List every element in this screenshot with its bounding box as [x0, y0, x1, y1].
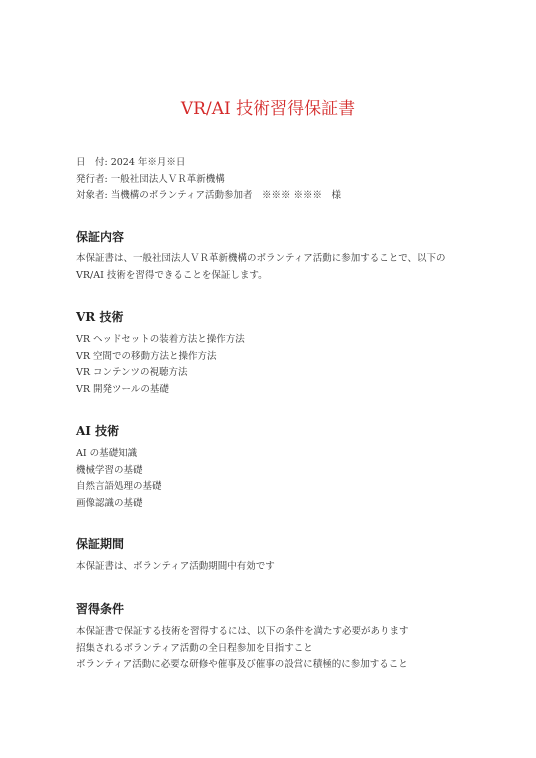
- section-list-ai-tech: AI の基礎知識 機械学習の基礎 自然言語処理の基礎 画像認識の基礎: [76, 446, 162, 512]
- section-heading-vr-tech: VR 技術: [76, 308, 123, 325]
- section-body-acquisition-conditions: 本保証書で保証する技術を習得するには、以下の条件を満たす必要があります 招集され…: [76, 624, 409, 674]
- list-item: ボランティア活動に必要な研修や催事及び催事の設営に積極的に参加すること: [76, 657, 409, 674]
- section-heading-acquisition-conditions: 習得条件: [76, 600, 124, 617]
- paragraph-line: 本保証書で保証する技術を習得するには、以下の条件を満たす必要があります: [76, 624, 409, 641]
- section-heading-validity-period: 保証期間: [76, 535, 124, 552]
- list-item: VR コンテンツの視聴方法: [76, 365, 245, 382]
- list-item: VR 開発ツールの基礎: [76, 382, 245, 399]
- list-item: AI の基礎知識: [76, 446, 162, 463]
- paragraph-line: VR/AI 技術を習得できることを保証します。: [76, 268, 446, 285]
- section-list-vr-tech: VR ヘッドセットの装着方法と操作方法 VR 空間での移動方法と操作方法 VR …: [76, 332, 245, 398]
- section-heading-guarantee-content: 保証内容: [76, 228, 124, 245]
- list-item: 招集されるボランティア活動の全日程参加を目指すこと: [76, 641, 409, 658]
- paragraph-line: 本保証書は、ボランティア活動期間中有効です: [76, 559, 275, 576]
- list-item: VR ヘッドセットの装着方法と操作方法: [76, 332, 245, 349]
- meta-issuer: 発行者: 一般社団法人ＶＲ革新機構: [76, 172, 341, 189]
- document-meta: 日 付: 2024 年※月※日 発行者: 一般社団法人ＶＲ革新機構 対象者: 当…: [76, 155, 341, 205]
- list-item: 画像認識の基礎: [76, 496, 162, 513]
- paragraph-line: 本保証書は、一般社団法人ＶＲ革新機構のボランティア活動に参加することで、以下の: [76, 251, 446, 268]
- meta-recipient: 対象者: 当機構のボランティア活動参加者 ※※※ ※※※ 様: [76, 188, 341, 205]
- section-body-guarantee-content: 本保証書は、一般社団法人ＶＲ革新機構のボランティア活動に参加することで、以下の …: [76, 251, 446, 284]
- meta-date: 日 付: 2024 年※月※日: [76, 155, 341, 172]
- section-heading-ai-tech: AI 技術: [76, 422, 119, 439]
- document-title: VR/AI 技術習得保証書: [0, 94, 536, 119]
- document-page: VR/AI 技術習得保証書 日 付: 2024 年※月※日 発行者: 一般社団法…: [0, 0, 536, 758]
- list-item: VR 空間での移動方法と操作方法: [76, 349, 245, 366]
- list-item: 機械学習の基礎: [76, 463, 162, 480]
- list-item: 自然言語処理の基礎: [76, 479, 162, 496]
- section-body-validity-period: 本保証書は、ボランティア活動期間中有効です: [76, 559, 275, 576]
